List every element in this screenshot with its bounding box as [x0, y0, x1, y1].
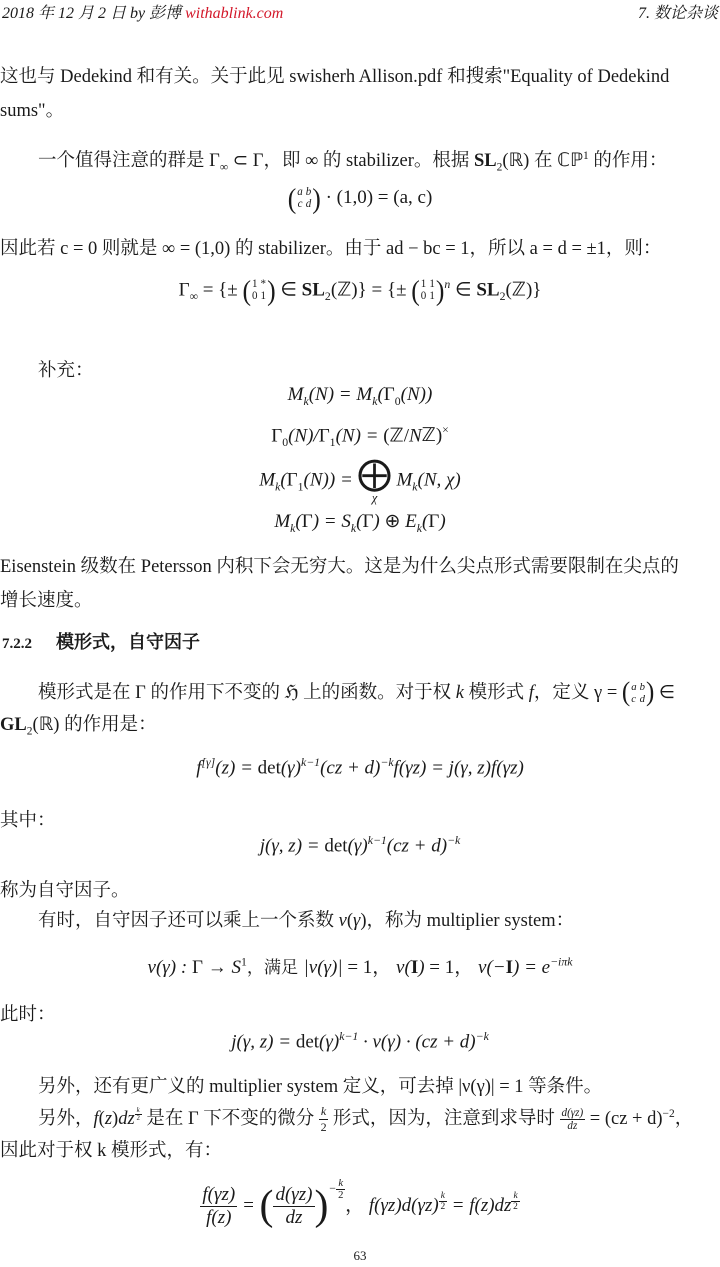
paragraph-modular-form-def: 模形式是在 Γ 的作用下不变的 ℌ 上的函数。对于权 k 模形式 f，定义 γ … — [38, 678, 675, 706]
matrix-abcd: (abcd) — [288, 186, 321, 212]
header-date-author: 2018 年 12 月 2 日 by 彭博 — [2, 5, 181, 22]
paragraph-generalized-multiplier: 另外，还有更广义的 multiplier system 定义，可去掉 |ν(γ)… — [38, 1072, 602, 1098]
paragraph-weight-k: 因此对于权 k 模形式，有： — [0, 1136, 222, 1162]
supplement-label: 补充： — [38, 356, 94, 382]
equation-automorphy-with-multiplier: j(γ, z) = det(γ)k−1 · ν(γ) · (cz + d)−k — [0, 1030, 720, 1053]
page-header: 2018 年 12 月 2 日 by 彭博 withablink.com 7. … — [0, 0, 720, 22]
header-left: 2018 年 12 月 2 日 by 彭博 withablink.com — [2, 0, 283, 23]
paragraph-multiplier: 有时，自守因子还可以乘上一个系数 ν(γ)，称为 multiplier syst… — [38, 906, 574, 932]
equation-final-invariance: f(γz)f(z) = (d(γz)dz)−k2， f(γz)d(γz)k2 =… — [0, 1178, 720, 1229]
equation-matrix-action: (abcd) · (1,0) = (a, c) — [0, 186, 720, 212]
paragraph-dedekind-line2: sums"。 — [0, 96, 64, 122]
section-title: 模形式，自守因子 — [56, 632, 200, 653]
math-sl2r: SL — [474, 151, 497, 171]
equation-slash-action: f[γ](z) = det(γ)k−1(cz + d)−kf(γz) = j(γ… — [0, 756, 720, 779]
paragraph-c-zero: 因此若 c = 0 则就是 ∞ = (1,0) 的 stabilizer。由于 … — [0, 234, 661, 260]
direct-sum-symbol: ⨁χ — [358, 458, 392, 505]
paragraph-differential-form: 另外，f(z)dzk2 是在 Γ 下不变的微分 k2 形式，因为，注意到求导时 … — [38, 1104, 693, 1135]
equation-mk-decomposition: Mk(Γ) = Sk(Γ) ⊕ Ek(Γ) — [0, 510, 720, 536]
equation-mk-direct-sum: Mk(Γ1(N)) = ⨁χ Mk(N, χ) — [0, 458, 720, 505]
paragraph-gl2-action: GL2(ℝ) 的作用是： — [0, 710, 157, 738]
equation-multiplier-system: ν(γ) : Γ → S1，满足 |ν(γ)| = 1， ν(I) = 1， ν… — [0, 952, 720, 979]
header-site-link[interactable]: withablink.com — [185, 5, 283, 22]
then-label: 此时： — [0, 1000, 56, 1026]
paragraph-automorphy-name: 称为自守因子。 — [0, 876, 130, 902]
paragraph-eisenstein-line1: Eisenstein 级数在 Petersson 内积下会无穷大。这是为什么尖点… — [0, 552, 679, 578]
equation-automorphy-factor: j(γ, z) = det(γ)k−1(cz + d)−k — [0, 834, 720, 857]
page-number: 63 — [0, 1248, 720, 1264]
paragraph-eisenstein-line2: 增长速度。 — [0, 586, 93, 612]
equation-gamma-infinity: Γ∞ = {± (1*01) ∈ SL2(ℤ)} = {± (1101)n ∈ … — [0, 278, 720, 304]
where-label: 其中： — [0, 806, 56, 832]
header-chapter: 7. 数论杂谈 — [638, 0, 718, 23]
section-number: 7.2.2 — [2, 636, 32, 652]
section-heading: 7.2.2模形式，自守因子 — [2, 628, 200, 654]
paragraph-stabilizer: 一个值得注意的群是 Γ∞ ⊂ Γ，即 ∞ 的 stabilizer。根据 SL2… — [38, 146, 667, 174]
equation-mk-gamma0: Mk(N) = Mk(Γ0(N)) — [0, 384, 720, 409]
math-gamma-inf-subset: Γ∞ ⊂ Γ — [209, 151, 263, 171]
equation-gamma0-gamma1-quotient: Γ0(N)/Γ1(N) = (ℤ/Nℤ)× — [0, 424, 720, 450]
paragraph-dedekind-line1: 这也与 Dedekind 和有关。关于此见 swisherh Allison.p… — [0, 62, 669, 88]
document-page: 2018 年 12 月 2 日 by 彭博 withablink.com 7. … — [0, 0, 720, 1267]
